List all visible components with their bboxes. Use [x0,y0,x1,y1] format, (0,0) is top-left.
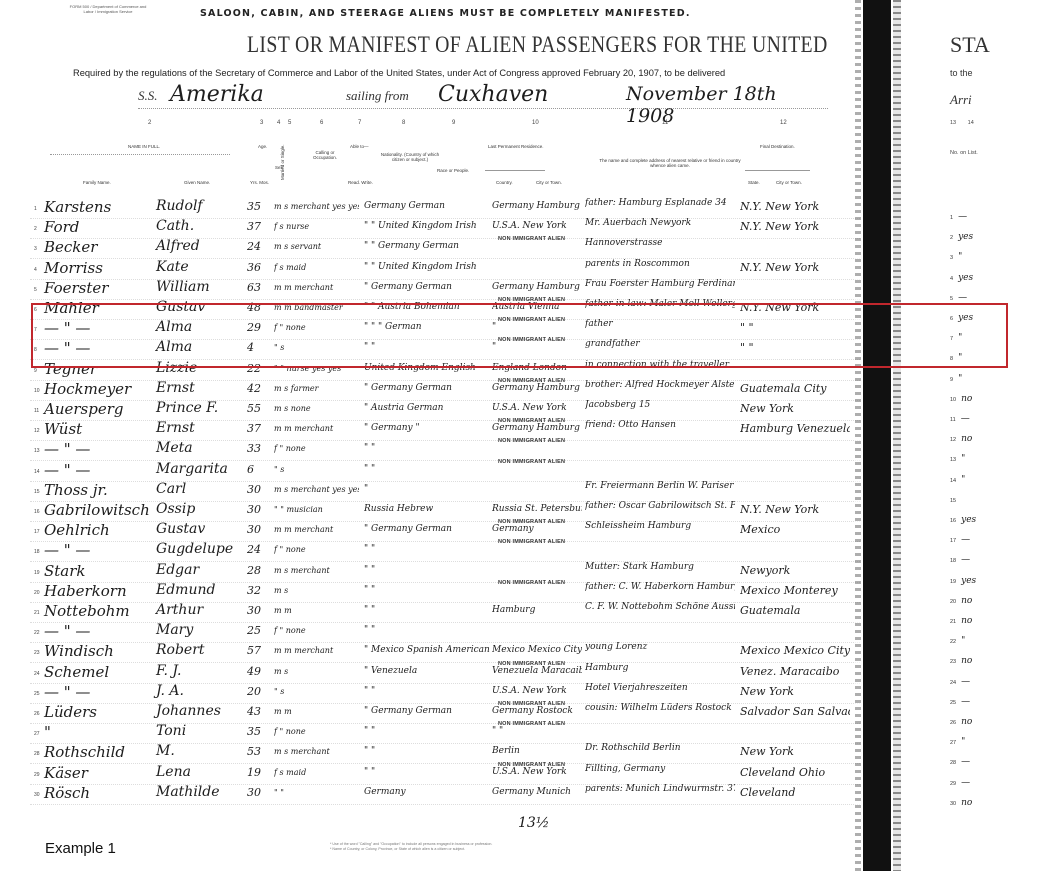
occupation: m s servant [274,242,359,251]
status-stamp: NON IMMIGRANT ALIEN [498,378,565,384]
row-value: " [961,636,965,646]
table-row: 20HaberkornEdmund32m s" "father: C. W. H… [30,582,860,603]
age: 53 [247,745,272,758]
right-page-row: 5— [950,293,967,303]
right-page-row: 18— [950,555,970,565]
row-value: " [958,252,962,262]
final-destination: N.Y. New York [740,200,850,213]
occupation: m m [274,707,359,716]
row-value: " [961,475,965,485]
header-married-single: Married or Single. [280,144,285,180]
age: 20 [247,685,272,698]
nationality: " Venezuela [364,666,494,676]
occupation: m m merchant [274,646,359,655]
nationality: " [364,484,494,494]
table-row: 25— " —J. A.20" s" "U.S.A. New YorkHotel… [30,683,860,704]
table-row: 30RöschMathilde30" "GermanyGermany Munic… [30,784,860,805]
right-page-row: 17— [950,535,970,545]
family-name: Windisch [44,642,154,660]
family-name: — " — [44,461,154,479]
age: 6 [247,463,272,476]
occupation: m s [274,667,359,676]
family-name: — " — [44,622,154,640]
age: 30 [247,523,272,536]
nationality: " " [364,464,494,474]
table-row: 11AuerspergPrince F.55m s none" Austria … [30,400,860,421]
occupation: " s [274,687,359,696]
family-name: — " — [44,683,154,701]
right-page-to: to the [950,68,973,78]
relative-address: cousin: Wilhelm Lüders Rostock [585,703,735,713]
family-name: Rothschild [44,743,154,761]
row-number: 20 [34,590,40,596]
right-page-row: 15 [950,495,961,505]
age: 33 [247,442,272,455]
family-name: Auersperg [44,400,154,418]
given-name: Arthur [156,602,241,618]
right-page-row: 20no [950,596,972,606]
given-name: Alfred [156,238,241,254]
given-name: Kate [156,259,241,275]
highlight-box-mahler-family [31,303,1008,368]
row-value: — [961,555,970,565]
family-name: Hockmeyer [44,380,154,398]
last-residence: Berlin [492,746,582,756]
final-destination: Mexico Mexico City [740,644,850,657]
nationality: " " [364,605,494,615]
age: 30 [247,503,272,516]
family-name: Nottebohm [44,602,154,620]
right-page-row: 16yes [950,515,976,525]
table-row: 28RothschildM.53m s merchant" "BerlinDr.… [30,743,860,764]
row-number: 11 [950,417,956,423]
final-destination: N.Y. New York [740,503,850,516]
table-row: 5FoersterWilliam63m m merchant" Germany … [30,279,860,300]
right-page-row: 27" [950,737,965,747]
row-value: no [961,394,972,404]
nationality: " " United Kingdom Irish [364,262,494,272]
divider [485,170,545,171]
right-page-row: 24— [950,677,970,687]
count-mark: 13½ [518,815,549,831]
age: 55 [247,402,272,415]
final-destination: Venez. Maracaibo [740,665,850,678]
example-label: Example 1 [45,840,116,857]
row-number: 18 [950,558,956,564]
family-name: Wüst [44,420,154,438]
row-number: 5 [34,287,37,293]
last-residence: Germany Hamburg [492,201,582,211]
given-name: Ernst [156,380,241,396]
right-page-row: 22" [950,636,965,646]
relative-address: Hannoverstrasse [585,238,735,248]
row-number: 18 [34,549,40,555]
header-name-in-full: NAME IN FULL. [128,144,160,149]
final-destination: New York [740,402,850,415]
nationality: " Austria German [364,403,494,413]
row-number: 28 [34,751,40,757]
row-value: no [961,717,972,727]
relative-address: brother: Alfred Hockmeyer Alsterdamm 30 … [585,380,735,390]
occupation: m s [274,586,359,595]
row-number: 2 [950,235,953,241]
row-value: no [961,798,972,808]
relative-address: Jacobsberg 15 [585,400,735,410]
row-number: 23 [950,659,956,665]
last-residence: Germany Rostock [492,706,582,716]
right-page-row: 12no [950,434,972,444]
right-page-row: 2yes [950,232,973,242]
nationality: " Germany German [364,706,494,716]
table-row: 14— " —Margarita6" s" "NON IMMIGRANT ALI… [30,461,860,482]
given-name: William [156,279,241,295]
age: 35 [247,200,272,213]
row-number: 3 [34,246,37,252]
age: 43 [247,705,272,718]
col-num: 7 [358,120,361,126]
table-row: 24SchemelF. J.49m s" VenezuelaVenezuela … [30,663,860,684]
right-page-row: 11— [950,414,970,424]
family-name: " [44,723,154,741]
occupation: m s merchant yes yes [274,485,359,494]
given-name: Gugdelupe [156,541,241,557]
given-name: M. [156,743,241,759]
age: 49 [247,665,272,678]
row-number: 11 [34,408,39,414]
row-number: 4 [34,267,37,273]
right-page-row: 10no [950,394,972,404]
col-num: 12 [780,120,787,126]
relative-address: Fr. Freiermann Berlin W. Pariser Str. 15 [585,481,735,491]
row-value: yes [958,273,973,283]
right-page-row: 9" [950,374,962,384]
row-number: 1 [34,206,37,212]
row-number: 30 [950,801,956,807]
row-value: — [961,697,970,707]
right-page-col-header: No. on List. [950,150,978,156]
row-number: 26 [34,711,40,717]
header-last-residence: Last Permanent Residence. [488,144,544,149]
row-number: 5 [950,296,953,302]
family-name: Schemel [44,663,154,681]
family-name: Thoss jr. [44,481,154,499]
family-name: Lüders [44,703,154,721]
relative-address: C. F. W. Nottebohm Schöne Aussicht 13 [585,602,735,612]
col-num: 4 [277,120,280,126]
status-stamp: NON IMMIGRANT ALIEN [498,438,565,444]
table-row: 22— " —Mary25f " none" " [30,622,860,643]
last-residence: Venezuela Maracaibo [492,666,582,676]
relative-address: father: Oscar Gabrilowitsch St. Petersbu… [585,501,735,511]
row-number: 2 [34,226,37,232]
row-number: 13 [950,457,956,463]
relative-address: Hamburg [585,663,735,673]
occupation: m m merchant [274,283,359,292]
header-city: City or Town. [536,180,562,185]
row-number: 19 [34,570,40,576]
header-race: Race or People. [437,168,469,173]
given-name: Johannes [156,703,241,719]
row-number: 25 [950,700,956,706]
ship-prefix: S.S. [138,88,158,104]
last-residence: Germany Munich [492,787,582,797]
occupation: m s merchant [274,747,359,756]
row-number: 17 [950,538,956,544]
occupation: m m merchant [274,525,359,534]
occupation: m m [274,606,359,615]
occupation: m s merchant [274,566,359,575]
right-page-row: 28— [950,757,970,767]
family-name: Becker [44,238,154,256]
row-number: 9 [950,377,953,383]
given-name: J. A. [156,683,241,699]
col-num: 3 [260,120,263,126]
row-value: — [958,293,967,303]
table-row: 23WindischRobert57m m merchant" Mexico S… [30,642,860,663]
relative-address: parents: Munich Lindwurmstr. 37 [585,784,735,794]
row-number: 21 [34,610,40,616]
row-value: yes [961,576,976,586]
right-page-row: 14" [950,475,965,485]
header-calling: Calling or Occupation. [305,150,345,160]
column-numbers: 2 3 4 5 6 7 8 9 10 11 12 [30,120,860,132]
row-number: 23 [34,650,40,656]
row-value: — [958,212,967,222]
table-row: 19StarkEdgar28m s merchant" "Mutter: Sta… [30,562,860,583]
family-name: Rösch [44,784,154,802]
row-number: 25 [34,691,40,697]
occupation: m s none [274,404,359,413]
row-number: 9 [34,368,37,374]
row-value: — [961,414,970,424]
row-number: 30 [34,792,40,798]
right-page-row: 25— [950,697,970,707]
row-number: 14 [950,478,956,484]
row-number: 12 [34,428,40,434]
given-name: Carl [156,481,241,497]
header-country: Country. [496,180,513,185]
row-number: 27 [950,740,956,746]
final-destination: Mexico [740,523,850,536]
final-destination: Newyork [740,564,850,577]
age: 28 [247,564,272,577]
departure-port: Cuxhaven [438,82,548,107]
occupation: m s farmer [274,384,359,393]
nationality: " " [364,686,494,696]
status-stamp: NON IMMIGRANT ALIEN [498,701,565,707]
given-name: F. J. [156,663,241,679]
relative-address: Fillting, Germany [585,764,735,774]
status-stamp: NON IMMIGRANT ALIEN [498,539,565,545]
right-page-row: 23no [950,656,972,666]
table-row: 26LüdersJohannes43m m" Germany GermanGer… [30,703,860,724]
relative-address: parents in Roscommon [585,259,735,269]
final-destination: N.Y. New York [740,261,850,274]
nationality: " " [364,443,494,453]
last-residence: U.S.A. New York [492,403,582,413]
relative-address: Frau Foerster Hamburg Ferdinandstr. [585,279,735,289]
row-number: 29 [950,781,956,787]
row-number: 24 [34,671,40,677]
row-number: 22 [34,630,40,636]
given-name: Robert [156,642,241,658]
given-name: Cath. [156,218,241,234]
row-number: 29 [34,772,40,778]
given-name: Ossip [156,501,241,517]
occupation: f s maid [274,263,359,272]
row-value: no [961,656,972,666]
sailing-label: sailing from [346,88,409,104]
table-row: 4MorrissKate36f s maid" " United Kingdom… [30,259,860,280]
last-residence: " " [492,726,582,736]
row-number: 1 [950,215,953,221]
ship-line: S.S. Amerika sailing from Cuxhaven Novem… [138,86,828,109]
family-name: Ford [44,218,154,236]
family-name: Haberkorn [44,582,154,600]
nationality: " " [364,746,494,756]
table-row: 10HockmeyerErnst42m s farmer" Germany Ge… [30,380,860,401]
header-family-name: Family Name. [83,180,111,185]
family-name: Stark [44,562,154,580]
table-row: 16GabrilowitschOssip30" " musicianRussia… [30,501,860,522]
right-page-row: 26no [950,717,972,727]
family-name: Käser [44,764,154,782]
row-number: 17 [34,529,40,535]
right-page-row: 19yes [950,576,976,586]
nationality: Germany German [364,201,494,211]
age: 24 [247,240,272,253]
status-stamp: NON IMMIGRANT ALIEN [498,236,565,242]
right-page-row: 4yes [950,273,973,283]
table-row: 1KarstensRudolf35m s merchant yes yesGer… [30,198,860,219]
manifest-notice: SALOON, CABIN, AND STEERAGE ALIENS MUST … [200,8,691,19]
table-row: 29KäserLena19f s maid" "U.S.A. New YorkF… [30,764,860,785]
occupation: " " [274,788,359,797]
footnote-2: * Name of Country, or Colony, Province, … [330,847,740,852]
nationality: " Germany German [364,282,494,292]
family-name: — " — [44,440,154,458]
final-destination: Hamburg Venezuela Maracaibo [740,422,850,435]
final-destination: N.Y. New York [740,220,850,233]
age: 35 [247,725,272,738]
nationality: Germany [364,787,494,797]
final-destination: New York [740,745,850,758]
row-number: 15 [950,498,956,504]
family-name: — " — [44,541,154,559]
row-number: 27 [34,731,40,737]
family-name: Foerster [44,279,154,297]
given-name: Mathilde [156,784,241,800]
header-able-to: Able to— [350,144,369,149]
last-residence: Germany Hamburg [492,282,582,292]
right-page-arriving: Arri [950,92,972,108]
header-age: Age. [258,144,267,149]
age: 24 [247,543,272,556]
row-number: 19 [950,579,956,585]
last-residence: U.S.A. New York [492,221,582,231]
last-residence: Mexico Mexico City [492,645,582,655]
status-stamp: NON IMMIGRANT ALIEN [498,519,565,525]
table-row: 12WüstErnst37m m merchant" Germany "Germ… [30,420,860,441]
occupation: f " none [274,444,359,453]
right-page-row: 3" [950,252,962,262]
age: 30 [247,786,272,799]
relative-address: Dr. Rothschild Berlin [585,743,735,753]
col-num: 8 [402,120,405,126]
last-residence: U.S.A. New York [492,686,582,696]
family-name: Gabrilowitsch [44,501,154,519]
relative-address: father: Hamburg Esplanade 34 [585,198,735,208]
occupation: " " musician [274,505,359,514]
relative-address: Schleissheim Hamburg [585,521,735,531]
row-value: yes [961,515,976,525]
header-age-sub: Yrs. Mos. [250,180,269,185]
row-value: " [958,374,962,384]
table-row: 3BeckerAlfred24m s servant" " Germany Ge… [30,238,860,259]
given-name: Edmund [156,582,241,598]
row-value: — [961,677,970,687]
header-read-write: Read. Write. [348,180,373,185]
family-name: Morriss [44,259,154,277]
nationality: " " [364,565,494,575]
row-value: no [961,434,972,444]
header-final-destination: Final Destination. [760,144,795,149]
final-destination: Mexico Monterey [740,584,850,597]
row-number: 14 [34,469,40,475]
nationality: " " [364,544,494,554]
col-num: 5 [288,120,291,126]
given-name: Edgar [156,562,241,578]
row-value: no [961,616,972,626]
age: 19 [247,766,272,779]
last-residence: Germany [492,524,582,534]
status-stamp: NON IMMIGRANT ALIEN [498,418,565,424]
table-row: 21NottebohmArthur30m m" "HamburgC. F. W.… [30,602,860,623]
row-number: 10 [34,388,40,394]
col-num: 6 [320,120,323,126]
nationality: " " Germany German [364,241,494,251]
row-number: 3 [950,255,953,261]
column-headers: NAME IN FULL. Family Name. Given Name. A… [30,140,860,195]
divider [745,170,810,171]
page-title: LIST OR MANIFEST OF ALIEN PASSENGERS FOR… [247,32,828,58]
row-number: 13 [34,448,40,454]
right-page-title: STA [950,32,990,58]
table-row: 17OehlrichGustav30m m merchant" Germany … [30,521,860,542]
table-row: 13— " —Meta33f " none" "NON IMMIGRANT AL… [30,440,860,461]
final-destination: Guatemala City [740,382,850,395]
right-page: STA to the Arri 13 14 No. on List. 1—2ye… [900,0,1039,871]
row-number: 16 [34,509,40,515]
occupation: m m merchant [274,424,359,433]
right-page-row: 30no [950,798,972,808]
final-destination: Cleveland [740,786,850,799]
age: 30 [247,483,272,496]
right-page-row: 13" [950,454,965,464]
given-name: Rudolf [156,198,241,214]
table-row: 15Thoss jr.Carl30m s merchant yes yes"Fr… [30,481,860,502]
nationality: " Germany " [364,423,494,433]
nationality: " Germany German [364,524,494,534]
last-residence: U.S.A. New York [492,767,582,777]
row-value: " [961,737,965,747]
page-binding [863,0,891,871]
occupation: f " none [274,727,359,736]
given-name: Margarita [156,461,241,477]
given-name: Mary [156,622,241,638]
nationality: " " [364,767,494,777]
row-number: 4 [950,276,953,282]
